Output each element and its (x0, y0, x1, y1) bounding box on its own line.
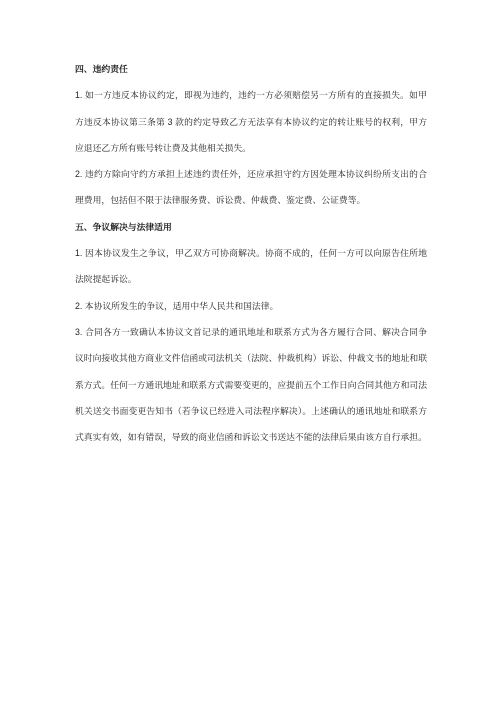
document-text-block: 四、违约责任 1. 如一方违反本协议约定，即视为违约，违约一方必须赔偿另一方所有… (75, 56, 427, 450)
text-line: 式真实有效，如有错误，导致的商业信函和诉讼文书送达不能的法律后果由该方自行承担。 (75, 424, 427, 450)
paragraph-dispute-clause-1: 1. 因本协议发生之争议，甲乙双方可协商解决。协商不成的，任何一方可以向原告住所… (75, 240, 427, 293)
text-line: 理费用，包括但不限于法律服务费、诉讼费、仲裁费、鉴定费、公证费等。 (75, 187, 427, 213)
contract-document-page: 四、违约责任 1. 如一方违反本协议约定，即视为违约，违约一方必须赔偿另一方所有… (0, 0, 500, 707)
paragraph-dispute-clause-2: 2. 本协议所发生的争议，适用中华人民共和国法律。 (75, 293, 427, 319)
text-line: 2. 本协议所发生的争议，适用中华人民共和国法律。 (75, 293, 427, 319)
paragraph-dispute-clause-3: 3. 合同各方一致确认本协议文首记录的通讯地址和联系方式为各方履行合同、解决合同… (75, 319, 427, 450)
section-heading-dispute-resolution: 五、争议解决与法律适用 (75, 214, 427, 240)
paragraph-breach-clause-2: 2. 违约方除向守约方承担上述违约责任外，还应承担守约方因处理本协议纠纷所支出的… (75, 161, 427, 214)
text-line: 系方式。任何一方通讯地址和联系方式需要变更的，应提前五个工作日向合同其他方和司法 (75, 372, 427, 398)
paragraph-breach-clause-1: 1. 如一方违反本协议约定，即视为违约，违约一方必须赔偿另一方所有的直接损失。如… (75, 82, 427, 161)
text-line: 方违反本协议第三条第 3 款的约定导致乙方无法享有本协议约定的转让账号的权利，甲… (75, 109, 427, 135)
text-line: 2. 违约方除向守约方承担上述违约责任外，还应承担守约方因处理本协议纠纷所支出的… (75, 161, 427, 187)
text-line: 机关送交书面变更告知书（若争议已经进入司法程序解决）。上述确认的通讯地址和联系方 (75, 398, 427, 424)
text-line: 法院提起诉讼。 (75, 266, 427, 292)
text-line: 1. 如一方违反本协议约定，即视为违约，违约一方必须赔偿另一方所有的直接损失。如… (75, 82, 427, 108)
section-heading-breach-liability: 四、违约责任 (75, 56, 427, 82)
text-line: 应退还乙方所有账号转让费及其他相关损失。 (75, 135, 427, 161)
section-heading-text: 五、争议解决与法律适用 (75, 214, 427, 240)
section-heading-text: 四、违约责任 (75, 56, 427, 82)
text-line: 议时向接收其他方商业文件信函或司法机关（法院、仲裁机构）诉讼、仲裁文书的地址和联 (75, 345, 427, 371)
text-line: 3. 合同各方一致确认本协议文首记录的通讯地址和联系方式为各方履行合同、解决合同… (75, 319, 427, 345)
text-line: 1. 因本协议发生之争议，甲乙双方可协商解决。协商不成的，任何一方可以向原告住所… (75, 240, 427, 266)
